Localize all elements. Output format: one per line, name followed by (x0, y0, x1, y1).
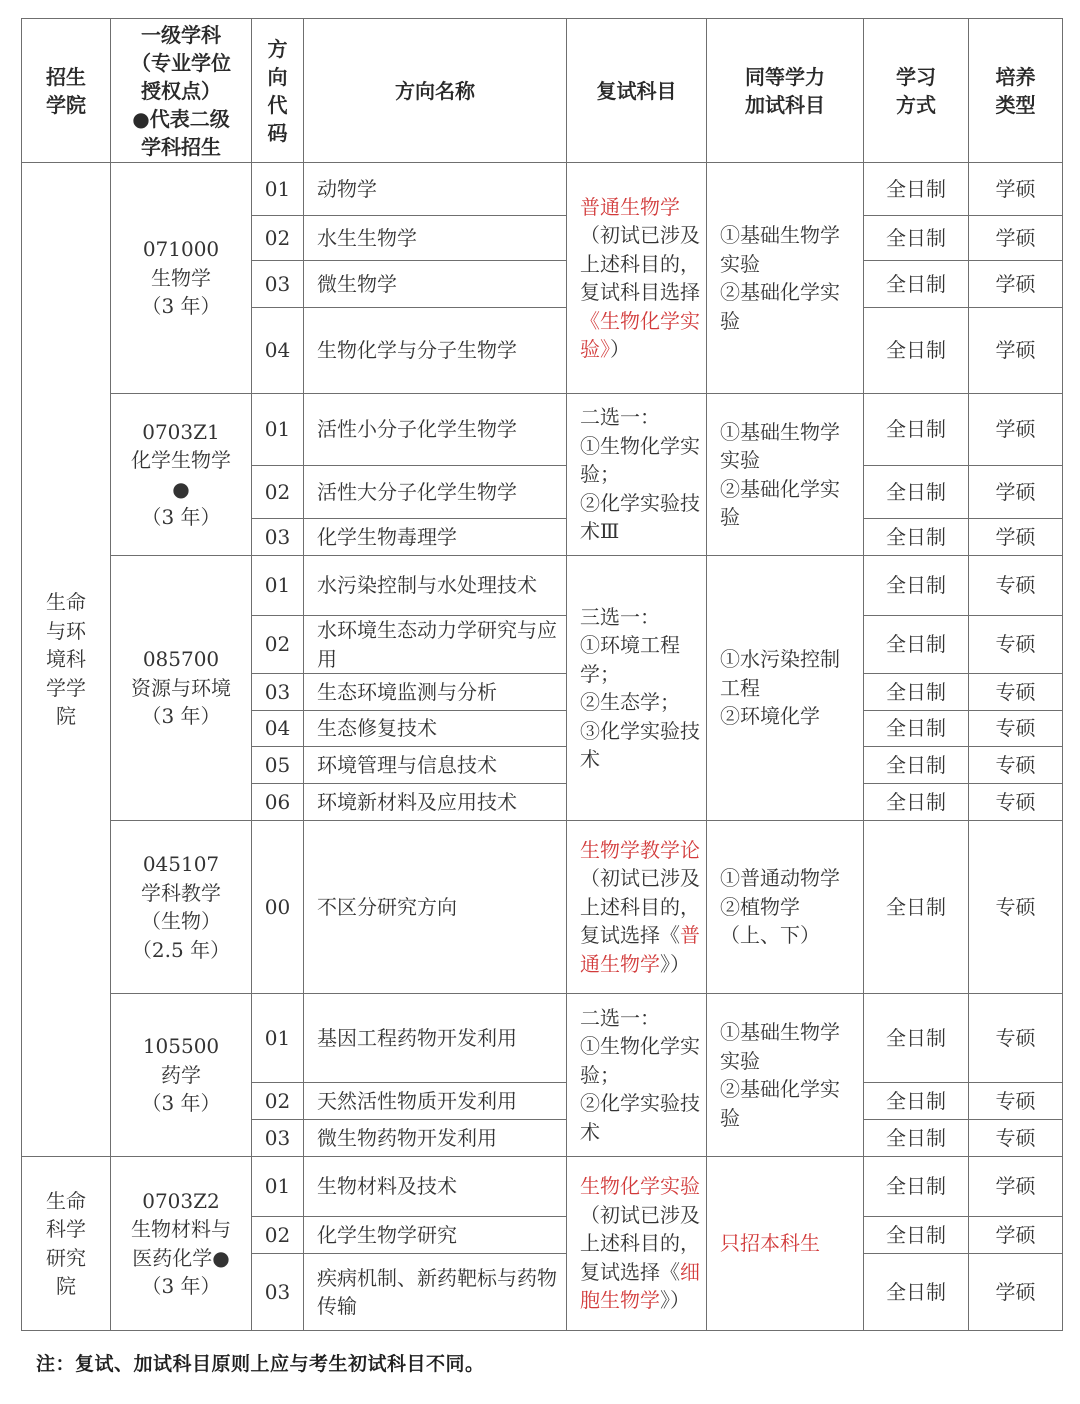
degree-type: 学硕 (969, 1217, 1063, 1254)
degree-type: 学硕 (969, 216, 1063, 261)
direction-code: 02 (252, 1083, 304, 1120)
discipline-cell: 045107学科教学（生物）（2.5 年） (111, 821, 252, 994)
study-mode: 全日制 (864, 1254, 969, 1331)
degree-type: 学硕 (969, 466, 1063, 519)
degree-type: 专硕 (969, 711, 1063, 747)
direction-name: 生态修复技术 (304, 711, 567, 747)
extra-subject-cell: ①水污染控制工程②环境化学 (707, 556, 864, 821)
direction-code: 01 (252, 394, 304, 466)
degree-type: 学硕 (969, 1157, 1063, 1217)
direction-code: 03 (252, 1120, 304, 1157)
direction-name: 水污染控制与水处理技术 (304, 556, 567, 616)
direction-code: 01 (252, 556, 304, 616)
direction-name: 水生生物学 (304, 216, 567, 261)
table-row: 085700资源与环境（3 年）01水污染控制与水处理技术三选一：①环境工程学；… (22, 556, 1063, 616)
subject-text: 二选一：①生物化学实验；②化学实验技术 (580, 1006, 700, 1144)
degree-type: 学硕 (969, 308, 1063, 394)
direction-name: 疾病机制、新药靶标与药物传输 (304, 1254, 567, 1331)
admission-table: 招生学院 一级学科（专业学位授权点）●代表二级学科招生 方向代码 方向名称 复试… (21, 18, 1063, 1331)
study-mode: 全日制 (864, 1083, 969, 1120)
study-mode: 全日制 (864, 1157, 969, 1217)
direction-code: 05 (252, 747, 304, 784)
degree-type: 专硕 (969, 821, 1063, 994)
table-body: 生命与环境科学学院071000生物学（3 年）01动物学普通生物学（初试已涉及上… (22, 163, 1063, 1331)
highlighted-subject: 《生物化学实验》 (580, 309, 700, 362)
college-cell: 生命科学研究院 (22, 1157, 111, 1331)
discipline-cell: 0703Z1化学生物学●（3 年） (111, 394, 252, 556)
direction-name: 活性小分子化学生物学 (304, 394, 567, 466)
degree-type: 专硕 (969, 994, 1063, 1083)
discipline-cell: 071000生物学（3 年） (111, 163, 252, 394)
degree-type: 专硕 (969, 1083, 1063, 1120)
study-mode: 全日制 (864, 394, 969, 466)
direction-name: 生态环境监测与分析 (304, 674, 567, 711)
header-direction-code: 方向代码 (252, 19, 304, 163)
table-row: 0703Z1化学生物学●（3 年）01活性小分子化学生物学二选一：①生物化学实验… (22, 394, 1063, 466)
direction-code: 04 (252, 711, 304, 747)
direction-code: 01 (252, 163, 304, 216)
table-row: 105500药学（3 年）01基因工程药物开发利用二选一：①生物化学实验；②化学… (22, 994, 1063, 1083)
header-college: 招生学院 (22, 19, 111, 163)
direction-name: 动物学 (304, 163, 567, 216)
subject-text: ） (610, 337, 630, 361)
degree-type: 学硕 (969, 1254, 1063, 1331)
header-row: 招生学院 一级学科（专业学位授权点）●代表二级学科招生 方向代码 方向名称 复试… (22, 19, 1063, 163)
study-mode: 全日制 (864, 821, 969, 994)
degree-type: 学硕 (969, 394, 1063, 466)
study-mode: 全日制 (864, 994, 969, 1083)
extra-subject-cell: ①基础生物学实验②基础化学实验 (707, 994, 864, 1157)
direction-code: 02 (252, 216, 304, 261)
direction-name: 活性大分子化学生物学 (304, 466, 567, 519)
study-mode: 全日制 (864, 466, 969, 519)
degree-type: 专硕 (969, 556, 1063, 616)
degree-type: 专硕 (969, 747, 1063, 784)
header-extra-subject: 同等学力加试科目 (707, 19, 864, 163)
retest-subject-cell: 生物学教学论（初试已涉及上述科目的，复试选择《普通生物学》） (567, 821, 707, 994)
study-mode: 全日制 (864, 1120, 969, 1157)
extra-subject-cell: ①基础生物学实验②基础化学实验 (707, 394, 864, 556)
direction-name: 水环境生态动力学研究与应用 (304, 616, 567, 674)
direction-name: 微生物学 (304, 261, 567, 308)
direction-code: 03 (252, 1254, 304, 1331)
degree-type: 专硕 (969, 616, 1063, 674)
discipline-cell: 105500药学（3 年） (111, 994, 252, 1157)
study-mode: 全日制 (864, 616, 969, 674)
study-mode: 全日制 (864, 308, 969, 394)
study-mode: 全日制 (864, 216, 969, 261)
study-mode: 全日制 (864, 163, 969, 216)
direction-name: 化学生物学研究 (304, 1217, 567, 1254)
degree-type: 学硕 (969, 519, 1063, 556)
direction-name: 天然活性物质开发利用 (304, 1083, 567, 1120)
direction-name: 不区分研究方向 (304, 821, 567, 994)
study-mode: 全日制 (864, 674, 969, 711)
table-row: 生命科学研究院0703Z2生物材料与医药化学●（3 年）01生物材料及技术生物化… (22, 1157, 1063, 1217)
study-mode: 全日制 (864, 261, 969, 308)
direction-code: 01 (252, 994, 304, 1083)
header-discipline: 一级学科（专业学位授权点）●代表二级学科招生 (111, 19, 252, 163)
direction-code: 03 (252, 519, 304, 556)
table-row: 045107学科教学（生物）（2.5 年）00不区分研究方向生物学教学论（初试已… (22, 821, 1063, 994)
header-degree-type: 培养类型 (969, 19, 1063, 163)
direction-code: 04 (252, 308, 304, 394)
study-mode: 全日制 (864, 711, 969, 747)
direction-name: 环境管理与信息技术 (304, 747, 567, 784)
direction-code: 00 (252, 821, 304, 994)
direction-name: 生物材料及技术 (304, 1157, 567, 1217)
extra-subject-cell: 只招本科生 (707, 1157, 864, 1331)
direction-code: 02 (252, 466, 304, 519)
direction-code: 01 (252, 1157, 304, 1217)
header-retest-subject: 复试科目 (567, 19, 707, 163)
degree-type: 专硕 (969, 674, 1063, 711)
subject-text: 三选一：①环境工程学；②生态学；③化学实验技术 (580, 605, 700, 772)
table-row: 生命与环境科学学院071000生物学（3 年）01动物学普通生物学（初试已涉及上… (22, 163, 1063, 216)
degree-type: 学硕 (969, 261, 1063, 308)
direction-name: 生物化学与分子生物学 (304, 308, 567, 394)
discipline-cell: 085700资源与环境（3 年） (111, 556, 252, 821)
highlighted-subject: 普通生物学 (580, 195, 680, 219)
highlighted-subject: 生物化学实验 (580, 1174, 700, 1198)
extra-subject-cell: ①普通动物学②植物学（上、下） (707, 821, 864, 994)
subject-text: 》） (660, 1288, 690, 1312)
direction-code: 06 (252, 784, 304, 821)
header-study-mode: 学习方式 (864, 19, 969, 163)
subject-text: 二选一：①生物化学实验；②化学实验技术Ⅲ (580, 405, 700, 543)
direction-code: 02 (252, 616, 304, 674)
degree-type: 专硕 (969, 784, 1063, 821)
study-mode: 全日制 (864, 747, 969, 784)
study-mode: 全日制 (864, 556, 969, 616)
extra-subject-cell: ①基础生物学实验②基础化学实验 (707, 163, 864, 394)
direction-name: 微生物药物开发利用 (304, 1120, 567, 1157)
study-mode: 全日制 (864, 784, 969, 821)
direction-name: 基因工程药物开发利用 (304, 994, 567, 1083)
retest-subject-cell: 生物化学实验（初试已涉及上述科目的，复试选择《细胞生物学》） (567, 1157, 707, 1331)
discipline-cell: 0703Z2生物材料与医药化学●（3 年） (111, 1157, 252, 1331)
degree-type: 专硕 (969, 1120, 1063, 1157)
direction-code: 03 (252, 674, 304, 711)
study-mode: 全日制 (864, 519, 969, 556)
college-cell: 生命与环境科学学院 (22, 163, 111, 1157)
direction-name: 环境新材料及应用技术 (304, 784, 567, 821)
header-direction-name: 方向名称 (304, 19, 567, 163)
direction-code: 03 (252, 261, 304, 308)
retest-subject-cell: 二选一：①生物化学实验；②化学实验技术 (567, 994, 707, 1157)
subject-text: 》） (660, 952, 690, 976)
retest-subject-cell: 三选一：①环境工程学；②生态学；③化学实验技术 (567, 556, 707, 821)
retest-subject-cell: 二选一：①生物化学实验；②化学实验技术Ⅲ (567, 394, 707, 556)
study-mode: 全日制 (864, 1217, 969, 1254)
degree-type: 学硕 (969, 163, 1063, 216)
highlighted-subject: 生物学教学论 (580, 838, 700, 862)
direction-code: 02 (252, 1217, 304, 1254)
direction-name: 化学生物毒理学 (304, 519, 567, 556)
footnote: 注：复试、加试科目原则上应与考生初试科目不同。 (36, 1349, 485, 1376)
subject-text: （初试已涉及上述科目的，复试科目选择 (580, 223, 700, 304)
retest-subject-cell: 普通生物学（初试已涉及上述科目的，复试科目选择《生物化学实验》） (567, 163, 707, 394)
